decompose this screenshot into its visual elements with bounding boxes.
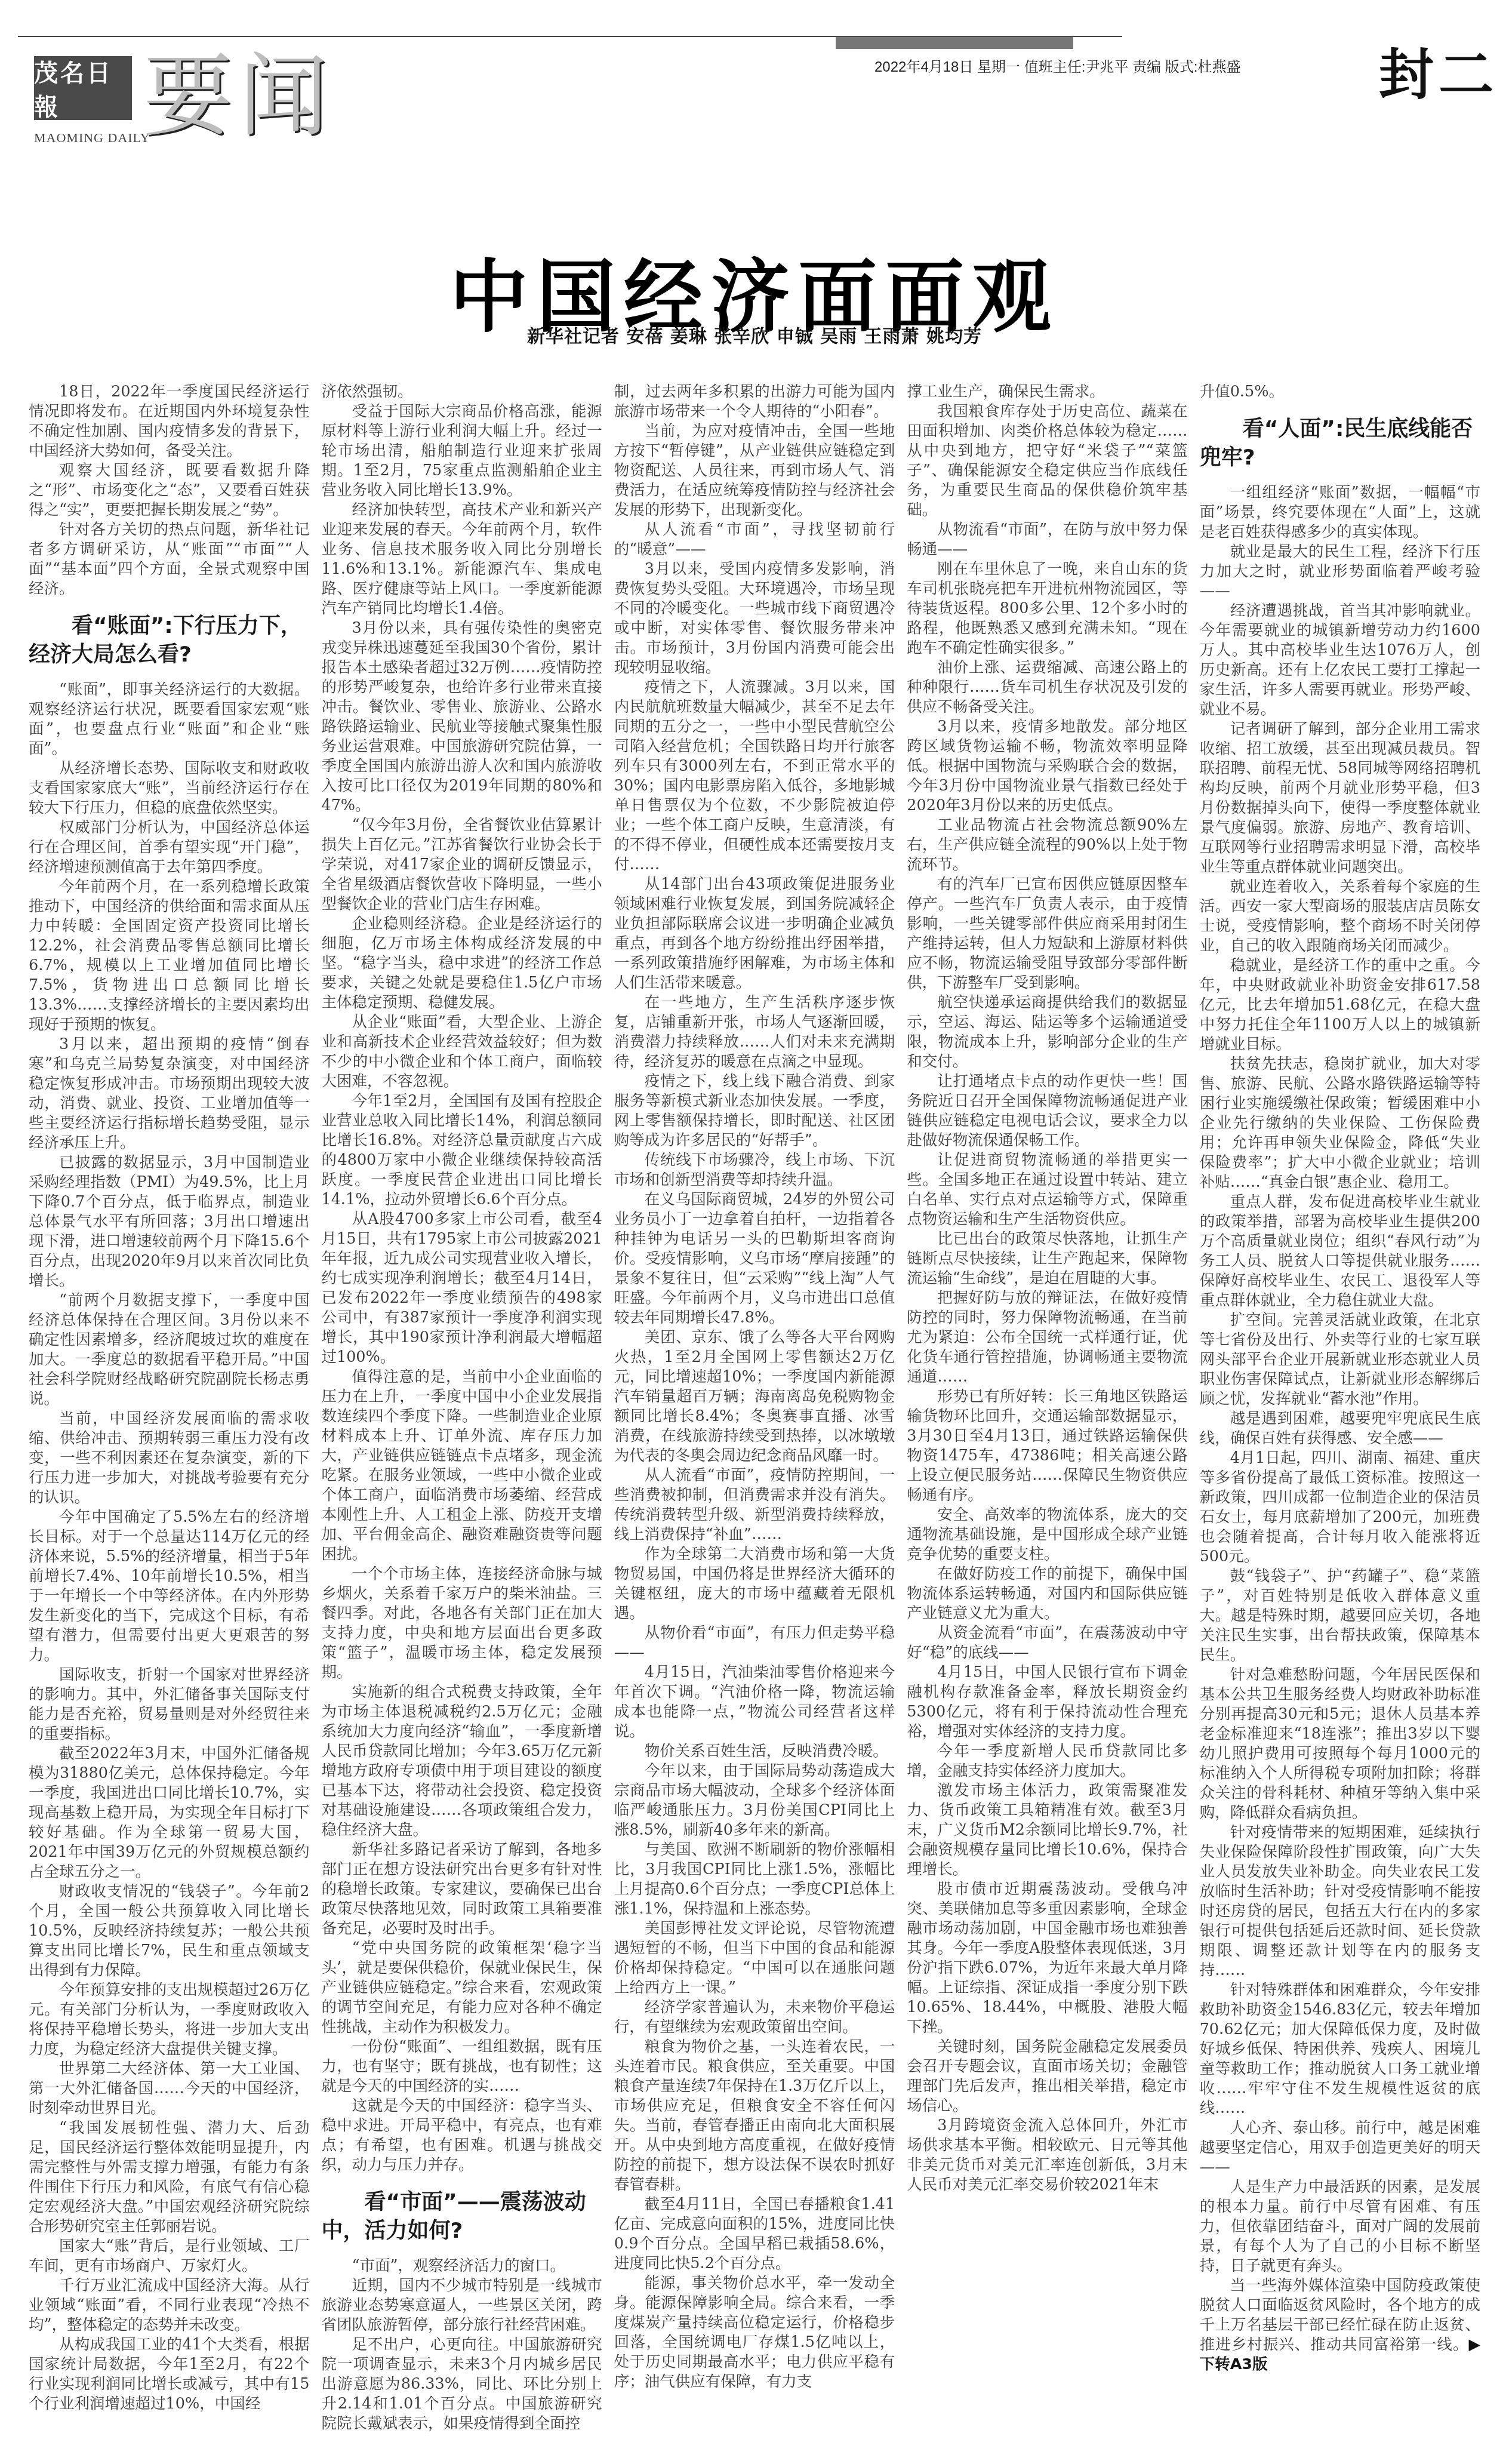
paragraph: 新华社多路记者采访了解到，各地多部门正在想方设法研究出台更多有针对性的稳增长政策…	[321, 1840, 602, 1939]
paragraph: 值得注意的是，当前中小企业面临的压力在上升，一季度中国中小企业发展指数连续四个季…	[321, 1367, 602, 1564]
paragraph: 与美国、欧洲不断刷新的物价涨幅相比，3月我国CPI同比上涨1.5%，涨幅比上月提…	[614, 1840, 895, 1919]
paragraph: 财政收支情况的“钱袋子”。今年前2个月，全国一般公共预算收入同比增长10.5%，…	[29, 1882, 309, 1980]
paragraph: 在义乌国际商贸城，24岁的外贸公司业务员小丁一边拿着自拍杆，一边指着各种挂钟为电…	[614, 1190, 895, 1328]
column-4: 撑工业生产，确保民生需求。我国粮食库存处于历史高位、蔬菜在田面积增加、肉类价格总…	[907, 382, 1187, 2436]
paragraph: 作为全球第二大消费市场和第一大货物贸易国，中国仍将是世界经济大循环的关键枢纽，庞…	[614, 1545, 895, 1623]
paragraph: 受益于国际大宗商品价格高涨，能源原材料等上游行业利润大幅上升。经过一轮市场出清，…	[321, 402, 602, 500]
paragraph: 航空快递承运商提供给我们的数据显示，空运、海运、陆运等多个运输通道受限，物流成本…	[907, 993, 1187, 1072]
paragraph: 4月1日起，四川、湖南、福建、重庆等多省份提高了最低工资标准。按照这一新政策，四…	[1200, 1448, 1480, 1567]
paragraph: 美团、京东、饿了么等各大平台网购火热，1至2月全国网上零售额达2万亿元，同比增速…	[614, 1328, 895, 1466]
paragraph: 国际收支，折射一个国家对世界经济的影响力。其中，外汇储备事关国际支付能力是否充裕…	[29, 1665, 309, 1744]
paragraph: 针对疫情带来的短期困难，延续执行失业保险保障阶段性扩围政策，向广大失业人员发放失…	[1200, 1823, 1480, 1980]
paragraph: 今年1至2月，全国国有及国有控股企业营业总收入同比增长14%，利润总额同比增长1…	[321, 1091, 602, 1210]
paragraph: 今年前两个月，在一系列稳增长政策推动下，中国经济的供给面和需求面从压力中转暖：全…	[29, 877, 309, 1035]
paragraph: 济依然强韧。	[321, 382, 602, 402]
paragraph: 扩空间。完善灵活就业政策，在北京等七省份及出行、外卖等行业的七家互联网头部平台企…	[1200, 1311, 1480, 1409]
paragraph: 从物价看“市面”，有压力但走势平稳——	[614, 1623, 895, 1663]
paragraph: 截至4月11日，全国已春播粮食1.41亿亩、完成意向面积的15%，进度同比快0.…	[614, 2195, 895, 2274]
subheading: 看“市面”——震荡波动中，活力如何?	[321, 2188, 602, 2245]
paragraph: “我国发展韧性强、潜力大、后劲足，国民经济运行整体效能明显提升，内需完整性与外需…	[29, 2118, 309, 2237]
paragraph: 能源，事关物价总水平，牵一发动全身。能源保障影响全局。综合来看，一季度煤炭产量持…	[614, 2274, 895, 2392]
paragraph: 从人流看“市面”，疫情防控期间，一些消费被抑制，但消费需求并没有消失。传统消费转…	[614, 1466, 895, 1545]
paragraph: 企业稳则经济稳。企业是经济运行的细胞，亿万市场主体构成经济发展的中坚。“稳字当头…	[321, 914, 602, 1013]
paragraph: 从物流看“市面”，在防与放中努力保畅通——	[907, 520, 1187, 559]
paragraph: 有的汽车厂已宣布因供应链原因整车停产。一些汽车厂负责人表示，由于疫情影响，一些关…	[907, 875, 1187, 993]
paragraph: 粮食为物价之基，一头连着农民，一头连着市民。粮食供应，至关重要。中国粮食产量连续…	[614, 2037, 895, 2195]
paragraph: 已披露的数据显示，3月中国制造业采购经理指数（PMI）为49.5%，比上月下降0…	[29, 1153, 309, 1291]
paragraph: “党中央国务院的政策框架‘稳字当头’，就是要保供稳价，保就业保民生，保产业链供应…	[321, 1939, 602, 2037]
paragraph: 经济加快转型，高技术产业和新兴产业迎来发展的春天。今年前两个月，软件业务、信息技…	[321, 500, 602, 619]
paragraph: 升值0.5%。	[1200, 382, 1480, 402]
column-5: 升值0.5%。看“人面”:民生底线能否兜牢?一组组经济“账面”数据，一幅幅“市面…	[1200, 382, 1480, 2436]
article-byline: 新华社记者 安蓓 姜琳 张辛欣 申铖 吴雨 王雨萧 姚均芳	[0, 321, 1509, 347]
continued-link[interactable]: ▶下转A3版	[1200, 2336, 1480, 2373]
paragraph: 美国彭博社发文评论说，尽管物流遭遇短暂的不畅，但当下中国的食品和能源价格却保持稳…	[614, 1919, 895, 1998]
column-2: 济依然强韧。受益于国际大宗商品价格高涨，能源原材料等上游行业利润大幅上升。经过一…	[321, 382, 602, 2436]
paragraph: 18日，2022年一季度国民经济运行情况即将发布。在近期国内外环境复杂性不确定性…	[29, 382, 309, 461]
paragraph: 针对特殊群体和困难群众，今年安排救助补助资金1546.83亿元，较去年增加70.…	[1200, 1980, 1480, 2118]
paragraph: 3月以来，疫情多地散发。部分地区跨区域货物运输不畅，物流效率明显降低。根据中国物…	[907, 717, 1187, 816]
paragraph: 针对急难愁盼问题，今年居民医保和基本公共卫生服务经费人均财政补助标准分别再提高3…	[1200, 1665, 1480, 1823]
paragraph: 一组组经济“账面”数据，一幅幅“市面”场景，终究要体现在“人面”上，这就是老百姓…	[1200, 483, 1480, 542]
paragraph: “市面”，观察经济活力的窗口。	[321, 2256, 602, 2276]
paragraph: 人心齐、泰山移。前行中，越是困难越要坚定信心，用双手创造更美好的明天——	[1200, 2118, 1480, 2177]
layout-editor: 责编 版式:杜燕盛	[1132, 59, 1240, 75]
paragraph: 今年以来，由于国际局势动荡造成大宗商品市场大幅波动，全球多个经济体面临严峻通胀压…	[614, 1761, 895, 1840]
paragraph: 关键时刻，国务院金融稳定发展委员会召开专题会议，直面市场关切；金融管理部门先后发…	[907, 2037, 1187, 2116]
paragraph: 我国粮食库存处于历史高位、蔬菜在田面积增加、肉类价格总体较为稳定……从中央到地方…	[907, 402, 1187, 520]
paragraph: 形势已有所好转：长三角地区铁路运输货物环比回升，交通运输部数据显示，3月30日至…	[907, 1387, 1187, 1505]
paragraph: 这就是今天的中国经济：稳字当头、稳中求进。开局平稳中，有亮点，也有难点；有希望，…	[321, 2096, 602, 2175]
paragraph: 经济遭遇挑战，首当其冲影响就业。今年需要就业的城镇新增劳动力约1600万人。其中…	[1200, 601, 1480, 719]
paragraph: 截至2022年3月末，中国外汇储备规模为31880亿美元，总体保持稳定。今年一季…	[29, 1744, 309, 1882]
paragraph: 扶贫先扶志，稳岗扩就业，加大对零售、旅游、民航、公路水路铁路运输等特困行业实施缓…	[1200, 1054, 1480, 1192]
paragraph: 当前，中国经济发展面临的需求收缩、供给冲击、预期转弱三重压力没有改变，一些不利因…	[29, 1409, 309, 1508]
paragraph: 激发市场主体活力，政策需聚准发力、货币政策工具箱精准有效。截至3月末，广义货币M…	[907, 1781, 1187, 1879]
paragraph: 就业连着收入，关系着每个家庭的生活。西安一家大型商场的服装店店员陈女士说，受疫情…	[1200, 877, 1480, 956]
paragraph: 3月跨境资金流入总体回升，外汇市场供求基本平衡。相较欧元、日元等其他非美元货币对…	[907, 2116, 1187, 2195]
paragraph: 比已出台的政策尽快落地，让抓生产链断点尽快接续，让生产跑起来，保障物流运输“生命…	[907, 1229, 1187, 1288]
paragraph: 物价关系百姓生活，反映消费冷暖。	[614, 1742, 895, 1761]
paragraph: 鼓“钱袋子”、护“药罐子”、稳“菜篮子”，对百姓特别是低收入群体意义重大。越是特…	[1200, 1567, 1480, 1665]
paragraph: 在做好防疫工作的前提下，确保中国物流体系运转畅通，对国内和国际供应链产业链意义尤…	[907, 1564, 1187, 1623]
masthead-logo: 茂名日報	[34, 56, 132, 120]
header-bar	[836, 36, 1073, 49]
paragraph: 让促进商贸物流畅通的举措更实一些。全国多地正在通过设置中转站、建立白名单、实行点…	[907, 1151, 1187, 1229]
subheading: 看“账面”:下行压力下，经济大局怎么看?	[29, 612, 309, 669]
issue-date: 2022年4月18日	[874, 59, 973, 75]
paragraph: 权威部门分析认为，中国经济总体运行在合理区间，首季有望实现“开门稳”，经济增速预…	[29, 818, 309, 877]
paragraph: 油价上涨、运费缩减、高速公路上的种种限行……货车司机生存状况及引发的供应不畅备受…	[907, 658, 1187, 717]
paragraph: 人是生产力中最活跃的因素，是发展的根本力量。前行中尽管有困难、有压力，但依靠团结…	[1200, 2177, 1480, 2276]
paragraph: 针对各方关切的热点问题，新华社记者多方调研采访，从“账面”“市面”“人面”“基本…	[29, 520, 309, 599]
paragraph: 今年一季度新增人民币贷款同比多增，金融支持实体经济力度加大。	[907, 1742, 1187, 1781]
section-title: 要闻	[143, 49, 334, 144]
paragraph: 从人流看“市面”，寻找坚韧前行的“暖意”——	[614, 520, 895, 559]
logo-chinese: 茂名日報	[34, 54, 132, 122]
paragraph: “前两个月数据支撑下，一季度中国经济总体保持在合理区间。3月份以来不确定性因素增…	[29, 1291, 309, 1409]
paragraph: 疫情之下，人流骤减。3月以来，国内民航航班数量大幅减少，甚至不足去年同期的五分之…	[614, 678, 895, 875]
paragraph: 让打通堵点卡点的动作更快一些！国务院近日召开全国保障物流畅通促进产业链供应链稳定…	[907, 1072, 1187, 1151]
paragraph: 就业是最大的民生工程，经济下行压力加大之时，就业形势面临着严峻考验——	[1200, 542, 1480, 601]
paragraph: 从经济增长态势、国际收支和财政收支看国家家底大“账”，当前经济运行存在较大下行压…	[29, 759, 309, 818]
paragraph: 疫情之下，线上线下融合消费、到家服务等新模式新业态加快发展。一季度，网上零售额保…	[614, 1072, 895, 1151]
paragraph: 越是遇到困难，越要兜牢兜底民生底线，确保百姓有获得感、安全感——	[1200, 1409, 1480, 1448]
paragraph: “仅今年3月份，全省餐饮业估算累计损失上百亿元。”江苏省餐饮行业协会长于学荣说，…	[321, 816, 602, 914]
paragraph: 撑工业生产，确保民生需求。	[907, 382, 1187, 402]
paragraph: 观察大国经济，既要看数据升降之“形”、市场变化之“态”，又要看百姓获得之“实”，…	[29, 461, 309, 520]
paragraph: 重点人群，发布促进高校毕业生就业的政策举措，部署为高校毕业生提供200万个高质量…	[1200, 1192, 1480, 1311]
subheading: 看“人面”:民生底线能否兜牢?	[1200, 415, 1480, 472]
paragraph: 当一些海外媒体渲染中国防疫政策使脱贫人口面临返贫风险时，各个地方的成千上万名基层…	[1200, 2276, 1480, 2374]
paragraph: 一个个市场主体，连接经济命脉与城乡烟火，关系着千家万户的柴米油盐。三餐四季。对此…	[321, 1564, 602, 1682]
logo-english: MAOMING DAILY	[34, 130, 132, 146]
paragraph: 今年预算安排的支出规模超过26万亿元。有关部门分析认为，一季度财政收入将保持平稳…	[29, 1980, 309, 2059]
paragraph: 千行万业汇流成中国经济大海。从行业领域“账面”看，不同行业表现“冷热不均”，整体…	[29, 2276, 309, 2335]
paragraph: 从A股4700多家上市公司看，截至4月15日，共有1795家上市公司披露2021…	[321, 1210, 602, 1367]
paragraph: 3月以来，超出预期的疫情“倒春寒”和乌克兰局势复杂演变，对中国经济稳定恢复形成冲…	[29, 1035, 309, 1153]
paragraph: 4月15日，中国人民银行宣布下调金融机构存款准备金率，释放长期资金约5300亿元…	[907, 1663, 1187, 1742]
paragraph: “账面”，即事关经济运行的大数据。观察经济运行状况，既要看国家宏观“账面”，也要…	[29, 680, 309, 759]
paragraph: 经济学家普遍认为，未来物价平稳运行，有望继续为宏观政策留出空间。	[614, 1998, 895, 2037]
paragraph: 当前，为应对疫情冲击，全国一些地方按下“暂停键”，从产业链供应链稳定到物资配送、…	[614, 422, 895, 520]
paragraph: 4月15日，汽油柴油零售价格迎来今年首次下调。“汽油价格一降，物流运输成本也能降…	[614, 1663, 895, 1742]
article-body: 18日，2022年一季度国民经济运行情况即将发布。在近期国内外环境复杂性不确定性…	[29, 382, 1480, 2436]
paragraph: 3月以来，受国内疫情多发影响，消费恢复势头受阻。大环境遇冷，市场呈现不同的冷暖变…	[614, 559, 895, 678]
column-1: 18日，2022年一季度国民经济运行情况即将发布。在近期国内外环境复杂性不确定性…	[29, 382, 309, 2436]
paragraph: 工业品物流占社会物流总额90%左右，生产供应链全流程的90%以上处于物流环节。	[907, 816, 1187, 875]
paragraph: 足不出户，心更向往。中国旅游研究院一项调查显示，未来3个月内城乡居民出游意愿为8…	[321, 2335, 602, 2434]
paragraph: 从构成我国工业的41个大类看，根据国家统计局数据，今年1至2月，有22个行业实现…	[29, 2335, 309, 2414]
column-3: 制，过去两年多积累的出游力可能为国内旅游市场带来一个令人期待的“小阳春”。当前，…	[614, 382, 895, 2436]
paragraph: 记者调研了解到，部分企业用工需求收缩、招工放缓，甚至出现减员裁员。智联招聘、前程…	[1200, 719, 1480, 877]
paragraph: 实施新的组合式税费支持政策，全年为市场主体退税减税约2.5万亿元；金融系统加大力…	[321, 1682, 602, 1840]
paragraph: 一份份“账面”、一组组数据，既有压力，也有坚守；既有挑战，也有韧性；这就是今天的…	[321, 2037, 602, 2096]
page-identifier: 封二	[1379, 31, 1498, 110]
paragraph: 3月份以来，具有强传染性的奥密克戎变异株迅速蔓延至我国30个省份，累计报告本土感…	[321, 619, 602, 816]
paragraph: 从企业“账面”看，大型企业、上游企业和高新技术企业经营效益较好；但为数不少的中小…	[321, 1013, 602, 1091]
paragraph: 股市债市近期震荡波动。受俄乌冲突、美联储加息等多重因素影响，全球金融市场动荡加剧…	[907, 1879, 1187, 2037]
paragraph: 制，过去两年多积累的出游力可能为国内旅游市场带来一个令人期待的“小阳春”。	[614, 382, 895, 422]
paragraph: 传统线下市场骤冷，线上市场、下沉市场和创新型消费等却持续升温。	[614, 1151, 895, 1190]
paragraph: 近期，国内不少城市特别是一线城市旅游业态势寒意逼人，一些景区关闭，跨省团队旅游暂…	[321, 2276, 602, 2335]
paragraph: 把握好防与放的辩证法，在做好疫情防控的同时，努力保障物流畅通，在当前尤为紧迫：公…	[907, 1288, 1187, 1387]
paragraph: 刚在车里休息了一晚，来自山东的货车司机张晓亮把车开进杭州物流园区，等待装货返程。…	[907, 559, 1187, 658]
paragraph: 从资金流看“市面”，在震荡波动中守好“稳”的底线——	[907, 1623, 1187, 1663]
paragraph: 国家大“账”背后，是行业领域、工厂车间，更有市场商户、万家灯火。	[29, 2237, 309, 2276]
paragraph: 稳就业，是经济工作的重中之重。今年，中央财政就业补助资金安排617.58亿元，比…	[1200, 956, 1480, 1054]
dateline: 2022年4月18日 星期一 值班主任:尹兆平 责编 版式:杜燕盛	[874, 55, 1240, 76]
paragraph: 安全、高效率的物流体系，庞大的交通物流基础设施，是中国形成全球产业链竞争优势的重…	[907, 1505, 1187, 1564]
paragraph: 从14部门出台43项政策促进服务业领域困难行业恢复发展，到国务院减轻企业负担部际…	[614, 875, 895, 993]
issue-weekday: 星期一	[977, 59, 1020, 75]
paragraph: 世界第二大经济体、第一大工业国、第一大外汇储备国……今天的中国经济，时刻牵动世界…	[29, 2059, 309, 2118]
paragraph: 今年中国确定了5.5%左右的经济增长目标。对于一个总量达114万亿元的经济体来说…	[29, 1508, 309, 1665]
duty-editor: 值班主任:尹兆平	[1024, 59, 1129, 75]
paragraph: 在一些地方，生产生活秩序逐步恢复，店铺重新开张，市场人气逐渐回暖，消费潜力持续释…	[614, 993, 895, 1072]
